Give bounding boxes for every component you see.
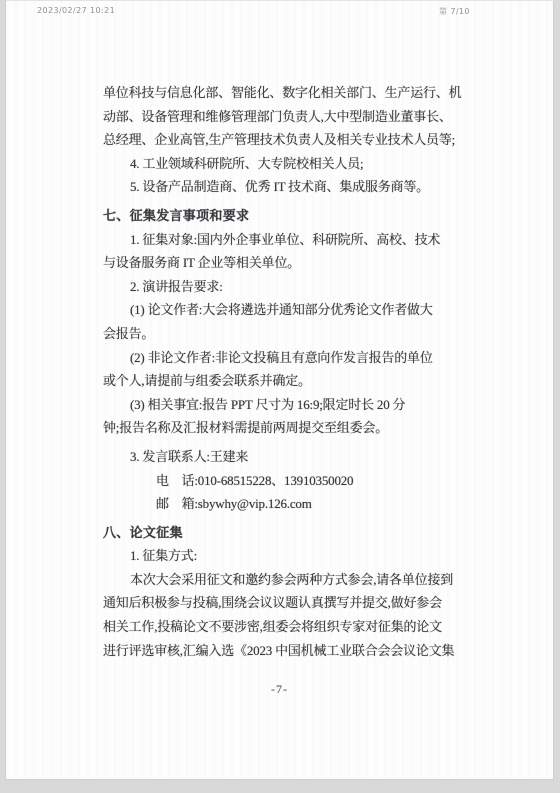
document-line: 5. 设备产品制造商、优秀 IT 技术商、集成服务商等。 — [130, 175, 475, 199]
document-page: 2023/02/27 10:21 第 7/10 单位科技与信息化部、智能化、数字… — [5, 0, 554, 780]
document-line: 七、征集发言事项和要求 — [103, 204, 475, 228]
document-line: 2. 演讲报告要求: — [130, 275, 475, 299]
document-line: 与设备服务商 IT 企业等相关单位。 — [103, 251, 475, 275]
document-line: 1. 征集对象:国内外企事业单位、科研院所、高校、技术 — [130, 228, 475, 252]
document-line: 电 话:010-68515228、13910350020 — [156, 469, 475, 493]
footer-page-number: -7- — [6, 682, 553, 697]
document-line: 进行评选审核,汇编入选《2023 中国机械工业联合会会议论文集 — [103, 639, 475, 663]
document-line: 会报告。 — [103, 322, 475, 346]
document-line: 4. 工业领域科研院所、大专院校相关人员; — [130, 152, 475, 176]
document-line: 3. 发言联系人:王建来 — [130, 445, 475, 469]
print-header-datetime: 2023/02/27 10:21 — [37, 6, 115, 15]
document-line: 1. 征集方式: — [130, 544, 475, 568]
document-lines: 单位科技与信息化部、智能化、数字化相关部门、生产运行、机动部、设备管理和维修管理… — [103, 81, 475, 662]
document-line: 或个人,请提前与组委会联系并确定。 — [103, 369, 475, 393]
document-line: 八、论文征集 — [103, 521, 475, 545]
print-header: 2023/02/27 10:21 第 7/10 — [6, 4, 553, 18]
print-header-page-indicator: 第 7/10 — [439, 6, 470, 17]
document-line: 通知后积极参与投稿,围绕会议议题认真撰写并提交,做好参会 — [103, 591, 475, 615]
document-line: 单位科技与信息化部、智能化、数字化相关部门、生产运行、机 — [103, 81, 475, 105]
document-line: 邮 箱:sbywhy@vip.126.com — [156, 492, 475, 516]
document-line: (2) 非论文作者:非论文投稿且有意向作发言报告的单位 — [130, 346, 475, 370]
document-line: (1) 论文作者:大会将遴选并通知部分优秀论文作者做大 — [130, 298, 475, 322]
document-line: 相关工作,投稿论文不要涉密,组委会将组织专家对征集的论文 — [103, 615, 475, 639]
document-line: 本次大会采用征文和邀约参会两种方式参会,请各单位接到 — [130, 568, 475, 592]
document-line: 钟;报告名称及汇报材料需提前两周提交至组委会。 — [103, 416, 475, 440]
document-line: 总经理、企业高管,生产管理技术负责人及相关专业技术人员等; — [103, 128, 475, 152]
document-line: (3) 相关事宜:报告 PPT 尺寸为 16:9;限定时长 20 分 — [130, 393, 475, 417]
document-line: 动部、设备管理和维修管理部门负责人,大中型制造业董事长、 — [103, 105, 475, 129]
